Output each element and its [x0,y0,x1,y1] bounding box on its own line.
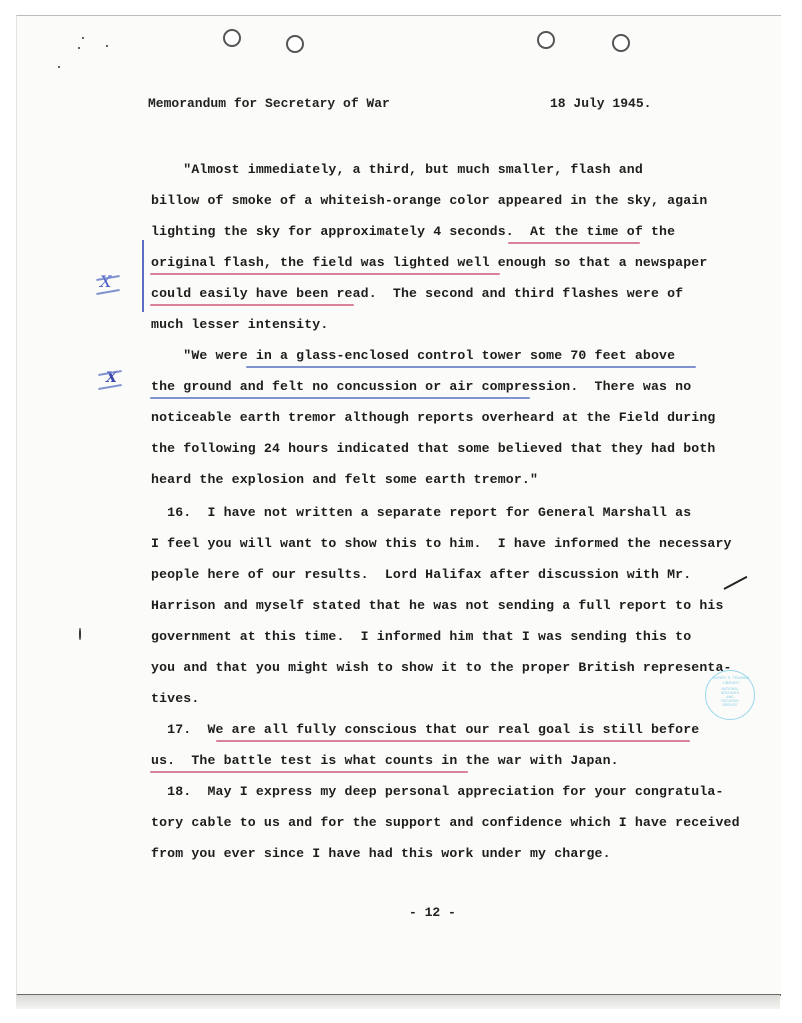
body-line: could easily have been read. The second … [151,286,683,301]
body-line: "We were in a glass-enclosed control tow… [151,348,675,363]
body-line: heard the explosion and felt some earth … [151,472,538,487]
page-shadow [16,995,780,1009]
red-underline [150,304,354,306]
speckle [58,66,60,68]
punch-hole [612,34,630,52]
red-underline [216,740,690,742]
punch-hole [286,35,304,53]
body-line: tives. [151,691,199,706]
blue-underline [150,397,530,399]
body-line: us. The battle test is what counts in th… [151,753,619,768]
speckle [79,628,81,640]
body-line: 17. We are all fully conscious that our … [151,722,699,737]
red-underline [150,273,500,275]
margin-bracket [142,240,144,312]
body-line: billow of smoke of a whiteish-orange col… [151,193,707,208]
body-line: the ground and felt no concussion or air… [151,379,691,394]
body-line: people here of our results. Lord Halifax… [151,567,691,582]
body-line: you and that you might wish to show it t… [151,660,732,675]
blue-underline [246,366,696,368]
speckle [106,45,108,47]
punch-hole [537,31,555,49]
memo-date: 18 July 1945. [550,96,651,111]
stamp-center-text: NATIONAL ARCHIVES AND RECORDS SERVICE [718,687,742,707]
archive-stamp: HARRY S. TRUMAN LIBRARY NATIONAL ARCHIVE… [705,670,755,720]
page-number: - 12 - [409,905,456,920]
margin-x-mark: X [100,272,111,291]
body-line: tory cable to us and for the support and… [151,815,740,830]
body-line: much lesser intensity. [151,317,328,332]
body-line: I feel you will want to show this to him… [151,536,732,551]
body-line: 18. May I express my deep personal appre… [151,784,724,799]
body-line: original flash, the field was lighted we… [151,255,707,270]
red-underline [150,771,468,773]
body-line: from you ever since I have had this work… [151,846,611,861]
body-line: lighting the sky for approximately 4 sec… [151,224,675,239]
body-line: 16. I have not written a separate report… [151,505,691,520]
speckle [78,47,80,49]
stamp-ring-text: HARRY S. TRUMAN LIBRARY [709,675,753,685]
body-line: the following 24 hours indicated that so… [151,441,715,456]
body-line: noticeable earth tremor although reports… [151,410,715,425]
body-line: Harrison and myself stated that he was n… [151,598,724,613]
body-line: government at this time. I informed him … [151,629,691,644]
punch-hole [223,29,241,47]
body-line: "Almost immediately, a third, but much s… [151,162,643,177]
red-underline [508,242,640,244]
memo-title: Memorandum for Secretary of War [148,96,390,111]
speckle [82,37,84,39]
